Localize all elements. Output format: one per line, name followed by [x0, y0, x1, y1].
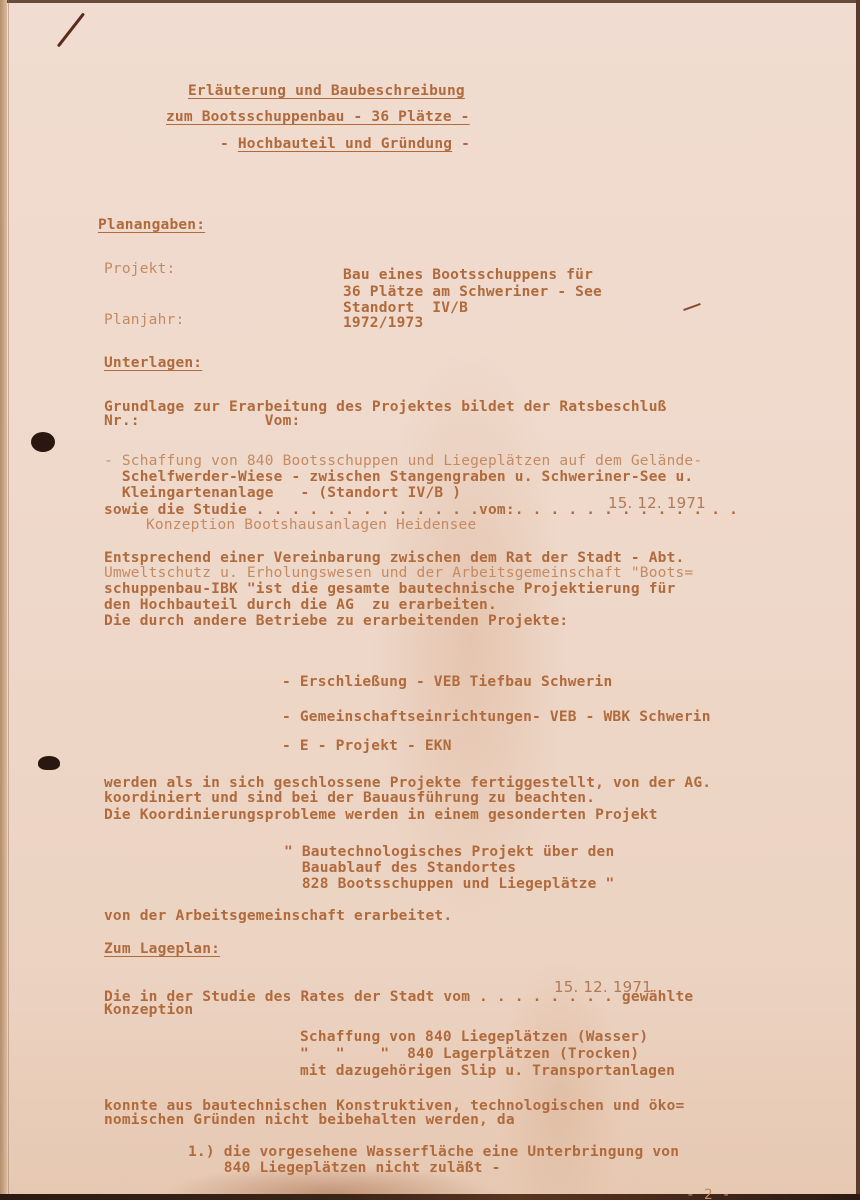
koordination-line-3: Die Koordinierungsprobleme werden in ein… [104, 808, 658, 822]
planjahr-label: Planjahr: [104, 313, 184, 327]
title-line-1: Erläuterung und Baubeschreibung [188, 84, 465, 98]
konzeption-line-1: Schaffung von 840 Liegeplätzen (Wasser) [300, 1030, 648, 1044]
lageplan-intro-line-2: Konzeption [104, 1003, 193, 1017]
projekt-label: Projekt: [104, 262, 175, 276]
projekt-list-item-e-projekt: - E - Projekt - EKN [282, 739, 452, 753]
planjahr-value: 1972/1973 [343, 316, 423, 330]
page-number: - 2 - [686, 1188, 731, 1200]
page-bottom-edge [0, 1194, 860, 1200]
projekt-value-line-3: Standort IV/B [343, 301, 468, 315]
koordination-line-2: koordiniert und sind bei der Bauausführu… [104, 791, 595, 805]
page-top-edge [0, 0, 860, 3]
title-line-3-suffix: - [452, 136, 470, 152]
title-line-2: zum Bootsschuppenbau - 36 Plätze - [166, 110, 470, 124]
reason-line-2: nomischen Gründen nicht beibehalten werd… [104, 1113, 515, 1127]
vereinbarung-line-2: Umweltschutz u. Erholungswesen und der A… [104, 566, 693, 580]
punch-hole-bottom [38, 756, 60, 770]
pen-stroke-mark [57, 12, 85, 47]
projekt-value-line-1: Bau eines Bootsschuppens für [343, 268, 593, 282]
punch-hole-top [31, 432, 55, 452]
unterlagen-bullet-line-1: - Schaffung von 840 Bootsschuppen und Li… [104, 454, 702, 468]
quote-line-2: Bauablauf des Standortes [284, 861, 516, 875]
projekt-list-item-erschliessung: - Erschließung - VEB Tiefbau Schwerin [282, 675, 612, 689]
vereinbarung-line-3: schuppenbau-IBK "ist die gesamte bautech… [104, 582, 676, 596]
vereinbarung-line-1: Entsprechend einer Vereinbarung zwischen… [104, 551, 684, 565]
unterlagen-heading: Unterlagen: [104, 356, 202, 370]
title-line-3-text: Hochbauteil und Gründung [238, 136, 452, 152]
page-left-edge [0, 0, 7, 1200]
document-page: Erläuterung und Baubeschreibung zum Boot… [0, 0, 860, 1200]
title-line-3-prefix: - [220, 136, 238, 152]
pen-tick-mark [683, 303, 701, 311]
unterlagen-intro-line-1: Grundlage zur Erarbeitung des Projektes … [104, 400, 667, 414]
studie-date-handwritten: 15. 12. 1971 [608, 496, 706, 510]
projekt-list-item-gemeinschaft: - Gemeinschaftseinrichtungen- VEB - WBK … [282, 710, 711, 724]
lageplan-date-handwritten: 15. 12. 1971 [554, 980, 652, 994]
lageplan-heading: Zum Lageplan: [104, 942, 220, 956]
konzeption-line-3: mit dazugehörigen Slip u. Transportanlag… [300, 1064, 675, 1078]
vereinbarung-line-4: den Hochbauteil durch die AG zu erarbeit… [104, 598, 497, 612]
quote-line-3: 828 Bootsschuppen und Liegeplätze " [284, 877, 614, 891]
projekt-value-line-2: 36 Plätze am Schweriner - See [343, 285, 602, 299]
vereinbarung-line-5: Die durch andere Betriebe zu erarbeitend… [104, 614, 568, 628]
planangaben-heading: Planangaben: [98, 218, 205, 232]
reason-line-1: konnte aus bautechnischen Konstruktiven,… [104, 1099, 684, 1113]
konzeption-line-2: " " " 840 Lagerplätzen (Trocken) [300, 1047, 639, 1061]
point-1-line-1: 1.) die vorgesehene Wasserfläche eine Un… [188, 1145, 679, 1159]
quote-line-1: " Bautechnologisches Projekt über den [284, 845, 614, 859]
studie-subtitle: Konzeption Bootshausanlagen Heidensee [146, 518, 476, 532]
unterlagen-bullet-line-2: Schelfwerder-Wiese - zwischen Stangengra… [104, 470, 693, 484]
koordination-line-1: werden als in sich geschlossene Projekte… [104, 776, 711, 790]
page-fold-line [8, 0, 9, 1200]
point-1-line-2: 840 Liegeplätzen nicht zuläßt - [188, 1161, 501, 1175]
koordination-closing: von der Arbeitsgemeinschaft erarbeitet. [104, 909, 452, 923]
title-line-3: - Hochbauteil und Gründung - [220, 137, 470, 151]
unterlagen-intro-line-2: Nr.: Vom: [104, 414, 300, 428]
page-right-edge [856, 0, 860, 1200]
unterlagen-bullet-line-3: Kleingartenanlage - (Standort IV/B ) [104, 486, 461, 500]
